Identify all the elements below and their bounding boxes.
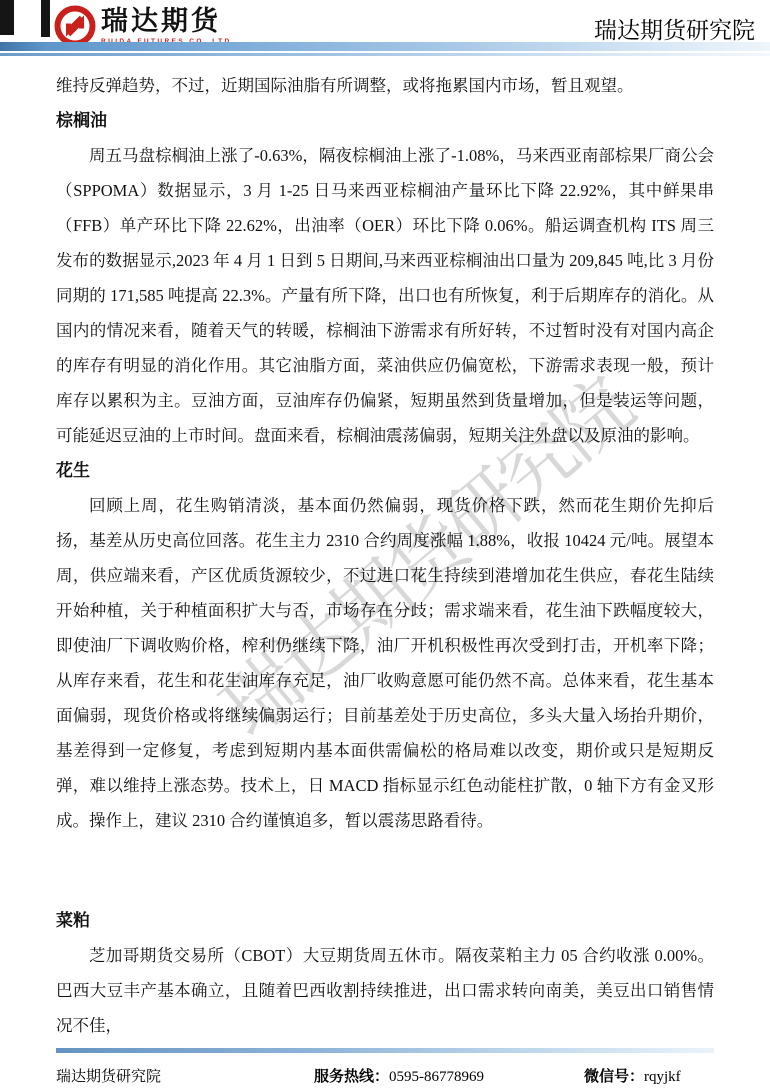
corner-artifact [0, 0, 14, 35]
footer-hotline: 服务热线：0595-86778969 [314, 1065, 484, 1086]
brand-name: 瑞达期货 [101, 6, 236, 36]
header-divider [0, 42, 770, 56]
section-heading-peanut: 花生 [56, 453, 714, 488]
footer-wechat-label: 微信号： [584, 1069, 644, 1085]
carryover-paragraph: 维持反弹趋势，不过，近期国际油脂有所调整，或将拖累国内市场，暂且观望。 [56, 68, 714, 103]
section-paragraph-rapeseed-meal: 芝加哥期货交易所（CBOT）大豆期货周五休市。隔夜菜粕主力 05 合约收涨 0.… [56, 938, 714, 1043]
section-paragraph-palm-oil: 周五马盘棕榈油上涨了-0.63%，隔夜棕榈油上涨了-1.08%，马来西亚南部棕果… [56, 138, 714, 453]
footer: 瑞达期货研究院 服务热线：0595-86778969 微信号：rqyjkf [0, 1062, 770, 1088]
footer-hotline-label: 服务热线： [314, 1069, 389, 1085]
footer-wechat-id: rqyjkf [644, 1069, 681, 1085]
footer-hotline-number: 0595-86778969 [389, 1069, 484, 1085]
institute-title: 瑞达期货研究院 [594, 12, 755, 45]
footer-institute: 瑞达期货研究院 [56, 1065, 161, 1086]
report-page: 瑞达期货 RUIDA FUTURES CO.,LTD. 瑞达期货研究院 瑞达期货… [0, 0, 770, 1090]
footer-divider [56, 1048, 714, 1053]
report-body: 维持反弹趋势，不过，近期国际油脂有所调整，或将拖累国内市场，暂且观望。 棕榈油 … [56, 68, 714, 1043]
section-paragraph-peanut: 回顾上周，花生购销清淡，基本面仍然偏弱，现货价格下跌，然而花生期价先抑后扬，基差… [56, 488, 714, 838]
section-heading-palm-oil: 棕榈油 [56, 103, 714, 138]
section-heading-rapeseed-meal: 菜粕 [56, 903, 714, 938]
edge-artifact [41, 0, 50, 37]
header-divider-main-band [0, 42, 770, 51]
footer-wechat: 微信号：rqyjkf [584, 1065, 681, 1086]
header-divider-sub-band [0, 53, 770, 56]
